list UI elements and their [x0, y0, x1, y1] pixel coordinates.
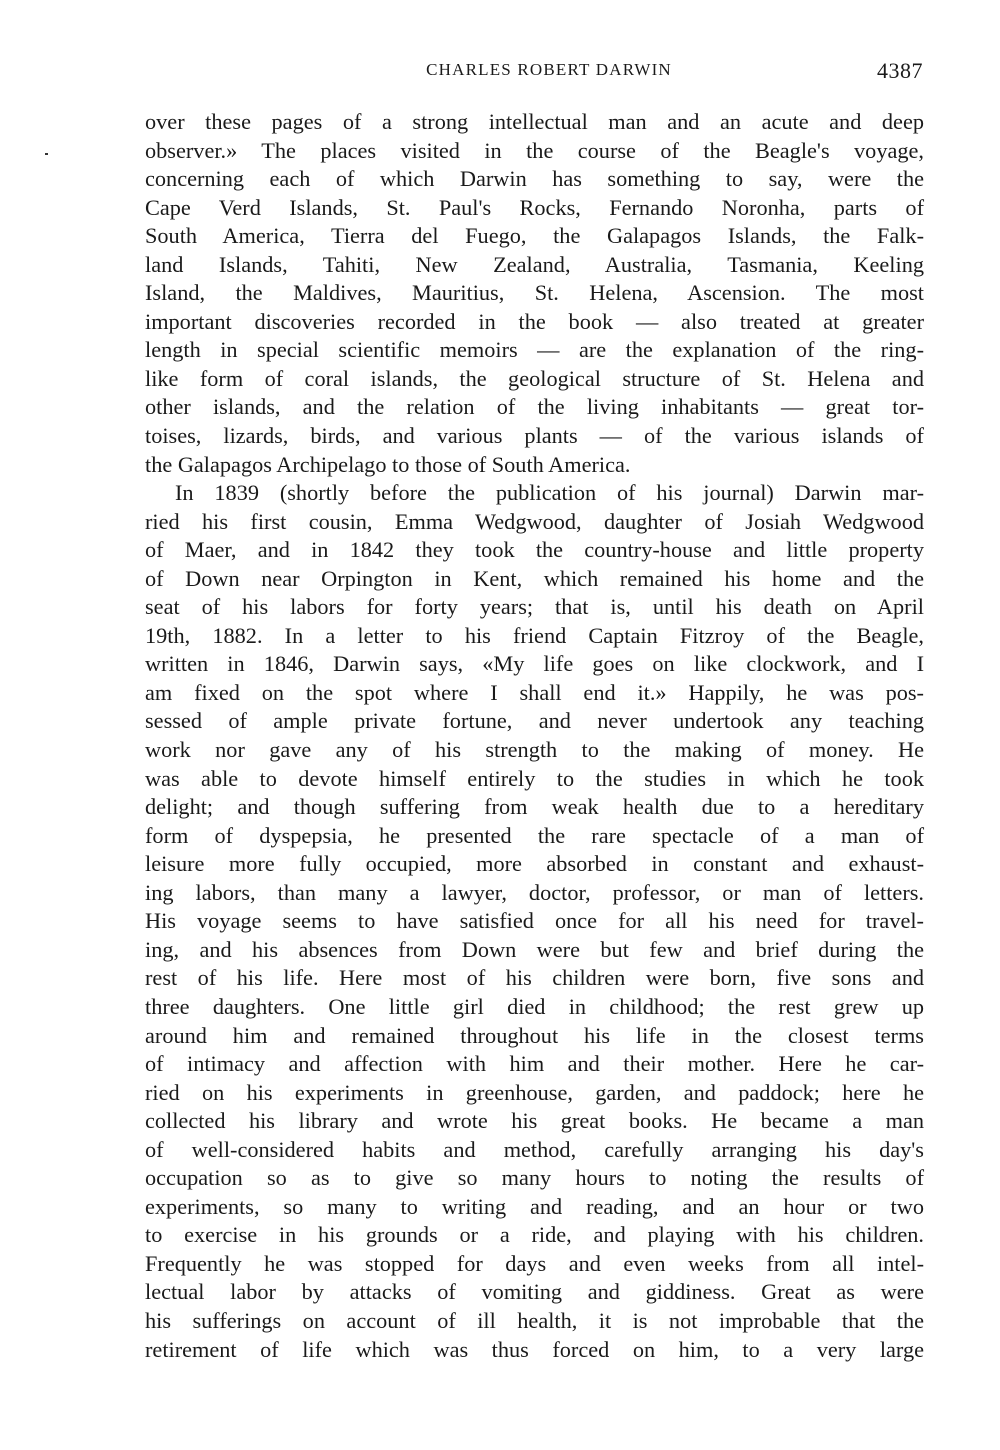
text-line: of Down near Orpington in Kent, which re… [145, 565, 924, 594]
text-line: Frequently he was stopped for days and e… [145, 1250, 924, 1279]
text-line: collected his library and wrote his grea… [145, 1107, 924, 1136]
text-line: ing labors, than many a lawyer, doctor, … [145, 879, 924, 908]
body-text: over these pages of a strong intellectua… [145, 108, 924, 1364]
text-line: leisure more fully occupied, more absorb… [145, 850, 924, 879]
text-line: other islands, and the relation of the l… [145, 393, 924, 422]
text-line: ried on his experiments in greenhouse, g… [145, 1079, 924, 1108]
text-line: ing, and his absences from Down were but… [145, 936, 924, 965]
text-line: South America, Tierra del Fuego, the Gal… [145, 222, 924, 251]
text-line: rest of his life. Here most of his child… [145, 964, 924, 993]
text-line: occupation so as to give so many hours t… [145, 1164, 924, 1193]
text-line: observer.» The places visited in the cou… [145, 137, 924, 166]
paragraph-marriage-and-down: In 1839 (shortly before the publication … [145, 479, 924, 1364]
text-line: of intimacy and affection with him and t… [145, 1050, 924, 1079]
text-line: seat of his labors for forty years; that… [145, 593, 924, 622]
text-line: ried his first cousin, Emma Wedgwood, da… [145, 508, 924, 537]
text-line: his sufferings on account of ill health,… [145, 1307, 924, 1336]
text-line: form of dyspepsia, he presented the rare… [145, 822, 924, 851]
text-line: Island, the Maldives, Mauritius, St. Hel… [145, 279, 924, 308]
text-line: His voyage seems to have satisfied once … [145, 907, 924, 936]
text-line: sessed of ample private fortune, and nev… [145, 707, 924, 736]
running-title: CHARLES ROBERT DARWIN [145, 60, 923, 80]
text-line: the Galapagos Archipelago to those of So… [145, 451, 924, 480]
text-line: 19th, 1882. In a letter to his friend Ca… [145, 622, 924, 651]
text-line: over these pages of a strong intellectua… [145, 108, 924, 137]
text-line: retirement of life which was thus forced… [145, 1336, 924, 1365]
text-line: important discoveries recorded in the bo… [145, 308, 924, 337]
text-line: length in special scientific memoirs — a… [145, 336, 924, 365]
text-line: land Islands, Tahiti, New Zealand, Austr… [145, 251, 924, 280]
text-line: delight; and though suffering from weak … [145, 793, 924, 822]
text-line: around him and remained throughout his l… [145, 1022, 924, 1051]
text-line: three daughters. One little girl died in… [145, 993, 924, 1022]
running-head: CHARLES ROBERT DARWIN 4387 [145, 58, 923, 88]
text-line: lectual labor by attacks of vomiting and… [145, 1278, 924, 1307]
text-line: experiments, so many to writing and read… [145, 1193, 924, 1222]
text-line: was able to devote himself entirely to t… [145, 765, 924, 794]
text-line: work nor gave any of his strength to the… [145, 736, 924, 765]
page-number: 4387 [877, 58, 923, 84]
text-line: of Maer, and in 1842 they took the count… [145, 536, 924, 565]
text-line: written in 1846, Darwin says, «My life g… [145, 650, 924, 679]
text-line: am fixed on the spot where I shall end i… [145, 679, 924, 708]
paragraph-voyage-places: over these pages of a strong intellectua… [145, 108, 924, 479]
text-line: to exercise in his grounds or a ride, an… [145, 1221, 924, 1250]
text-line: Cape Verd Islands, St. Paul's Rocks, Fer… [145, 194, 924, 223]
scanned-book-page: CHARLES ROBERT DARWIN 4387 over these pa… [0, 0, 1000, 1450]
scan-speck [45, 153, 48, 155]
text-line: concerning each of which Darwin has some… [145, 165, 924, 194]
text-line: In 1839 (shortly before the publication … [145, 479, 924, 508]
text-line: like form of coral islands, the geologic… [145, 365, 924, 394]
text-line: of well-considered habits and method, ca… [145, 1136, 924, 1165]
text-line: toises, lizards, birds, and various plan… [145, 422, 924, 451]
